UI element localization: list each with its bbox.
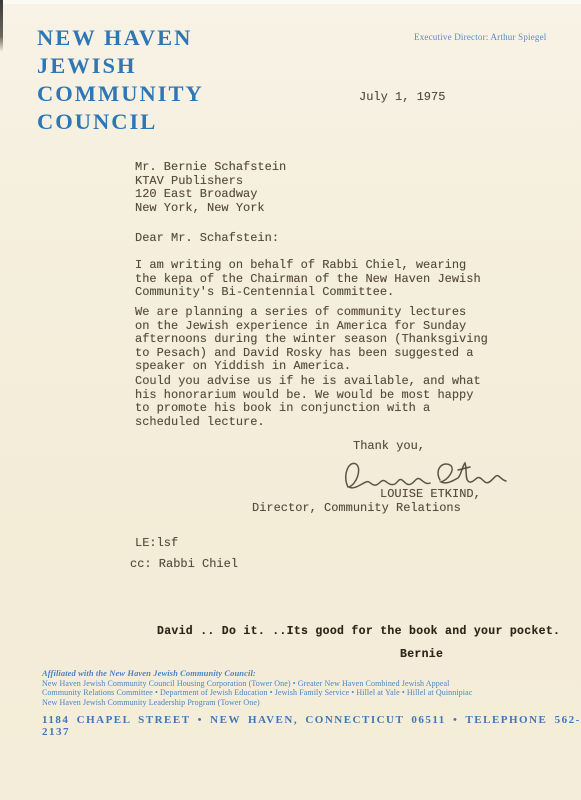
recipient-address-block: Mr. Bernie Schafstein KTAV Publishers 12… (135, 161, 286, 215)
salutation: Dear Mr. Schafstein: (135, 232, 279, 246)
annotation-signed: Bernie (400, 648, 443, 661)
letterhead-org-name: NEW HAVEN JEWISH COMMUNITY COUNCIL (37, 24, 204, 136)
footer-affiliation-lines: New Haven Jewish Community Council Housi… (42, 679, 472, 707)
cc-line: cc: Rabbi Chiel (130, 558, 238, 572)
body-paragraph-3: Could you advise us if he is available, … (135, 375, 481, 429)
letter-date: July 1, 1975 (359, 91, 445, 105)
signer-name: LOUISE ETKIND, (380, 488, 481, 502)
footer-affiliation-intro: Affiliated with the New Haven Jewish Com… (42, 668, 256, 678)
scanned-letter-page: NEW HAVEN JEWISH COMMUNITY COUNCIL Execu… (0, 0, 581, 800)
scan-edge-left (0, 0, 3, 52)
annotation-note: David .. Do it. ..Its good for the book … (157, 625, 560, 638)
body-paragraph-1: I am writing on behalf of Rabbi Chiel, w… (135, 259, 481, 300)
scan-edge-top (0, 0, 581, 4)
signer-title: Director, Community Relations (252, 502, 461, 516)
body-paragraph-2: We are planning a series of community le… (135, 306, 488, 374)
reference-initials: LE:lsf (135, 537, 178, 551)
footer-address-line: 1184 CHAPEL STREET • NEW HAVEN, CONNECTI… (42, 714, 581, 738)
closing-phrase: Thank you, (353, 440, 425, 454)
executive-director-line: Executive Director: Arthur Spiegel (414, 32, 547, 42)
